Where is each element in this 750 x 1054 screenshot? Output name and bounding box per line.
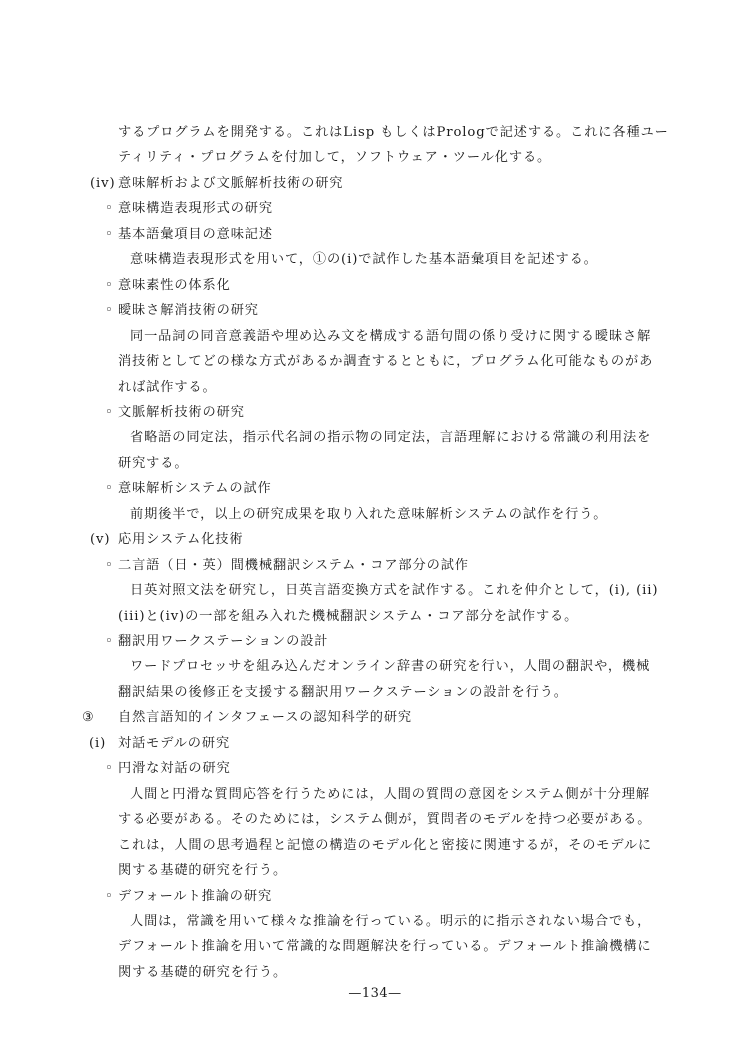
paragraph-text: 消技術としてどの様な方式があるか調査するとともに，プログラム化可能なものがあ — [118, 354, 653, 370]
bullet-icon: ◦ — [105, 558, 114, 574]
bullet-heading: 円滑な対話の研究 — [118, 761, 231, 777]
bullet-heading: 曖昧さ解消技術の研究 — [118, 303, 259, 319]
bullet-heading: 二言語（日・英）間機械翻訳システム・コア部分の試作 — [118, 558, 469, 574]
bullet-heading: 翻訳用ワークステーションの設計 — [118, 634, 328, 650]
paragraph-text: 前期後半で，以上の研究成果を取り入れた意味解析システムの試作を行う。 — [130, 507, 607, 523]
paragraph-text: 人間と円滑な質問応答を行うためには，人間の質問の意図をシステム側が十分理解 — [130, 787, 650, 803]
paragraph-text: する必要がある。そのためには，システム側が，質問者のモデルを持つ必要がある。 — [118, 812, 651, 828]
bullet-icon: ◦ — [105, 889, 114, 905]
paragraph-text: ワードプロセッサを組み込んだオンライン辞書の研究を行い，人間の翻訳や，機械 — [130, 659, 650, 675]
paragraph-text: 関する基礎的研究を行う。 — [118, 965, 287, 981]
section-heading: 意味解析および文脈解析技術の研究 — [118, 176, 343, 192]
bullet-heading: 意味解析システムの試作 — [118, 481, 272, 497]
bullet-icon: ◦ — [105, 481, 114, 497]
paragraph-text: 日英対照文法を研究し，日英言語変換方式を試作する。これを仲介として，(i), (… — [130, 583, 658, 599]
bullet-icon: ◦ — [105, 278, 114, 294]
bullet-heading: デフォールト推論の研究 — [118, 889, 272, 905]
section-heading: 自然言語知的インタフェースの認知科学的研究 — [118, 710, 412, 726]
section-heading: 応用システム化技術 — [118, 532, 243, 548]
section-marker: (iv) — [90, 176, 116, 192]
paragraph-text: ティリティ・プログラムを付加して，ソフトウェア・ツール化する。 — [118, 150, 551, 166]
section-marker: (i) — [89, 736, 106, 752]
section-marker: ③ — [82, 710, 95, 726]
bullet-icon: ◦ — [105, 761, 114, 777]
paragraph-text: 省略語の同定法，指示代名詞の指示物の同定法，言語理解における常識の利用法を — [130, 430, 651, 446]
paragraph-text: 翻訳結果の後修正を支援する翻訳用ワークステーションの設計を行う。 — [118, 685, 568, 701]
bullet-icon: ◦ — [105, 405, 114, 421]
bullet-heading: 意味構造表現形式の研究 — [118, 201, 273, 217]
bullet-heading: 基本語彙項目の意味記述 — [118, 227, 273, 243]
bullet-heading: 意味素性の体系化 — [118, 278, 231, 294]
bullet-icon: ◦ — [105, 303, 114, 319]
section-marker: (v) — [90, 532, 110, 548]
paragraph-text: 人間は，常識を用いて様々な推論を行っている。明示的に指示されない場合でも， — [130, 914, 651, 930]
paragraph-text: デフォールト推論を用いて常識的な問題解決を行っている。デフォールト推論機構に — [118, 939, 651, 955]
paragraph-text: 同一品詞の同音意義語や埋め込み文を構成する語句間の係り受けに関する曖昧さ解 — [130, 329, 651, 345]
paragraph-text: これは，人間の思考過程と記憶の構造のモデル化と密接に関連するが，そのモデルに — [118, 838, 652, 854]
paragraph-text: (iii)と(iv)の一部を組み入れた機械翻訳システム・コア部分を試作する。 — [118, 609, 578, 625]
section-heading: 対話モデルの研究 — [118, 736, 230, 752]
paragraph-text: れば試作する。 — [118, 380, 217, 396]
paragraph-text: 研究する。 — [118, 456, 188, 472]
paragraph-text: 関する基礎的研究を行う。 — [118, 863, 287, 879]
bullet-heading: 文脈解析技術の研究 — [118, 405, 245, 421]
page-number: —134— — [0, 986, 750, 1001]
paragraph-text: 意味構造表現形式を用いて，①の(i)で試作した基本語彙項目を記述する。 — [130, 252, 598, 268]
document-page: するプログラムを開発する。これはLisp もしくはPrologで記述する。これに… — [0, 0, 750, 1054]
bullet-icon: ◦ — [105, 227, 114, 243]
paragraph-text: するプログラムを開発する。これはLisp もしくはPrologで記述する。これに… — [118, 125, 669, 141]
bullet-icon: ◦ — [105, 634, 114, 650]
bullet-icon: ◦ — [105, 201, 114, 217]
